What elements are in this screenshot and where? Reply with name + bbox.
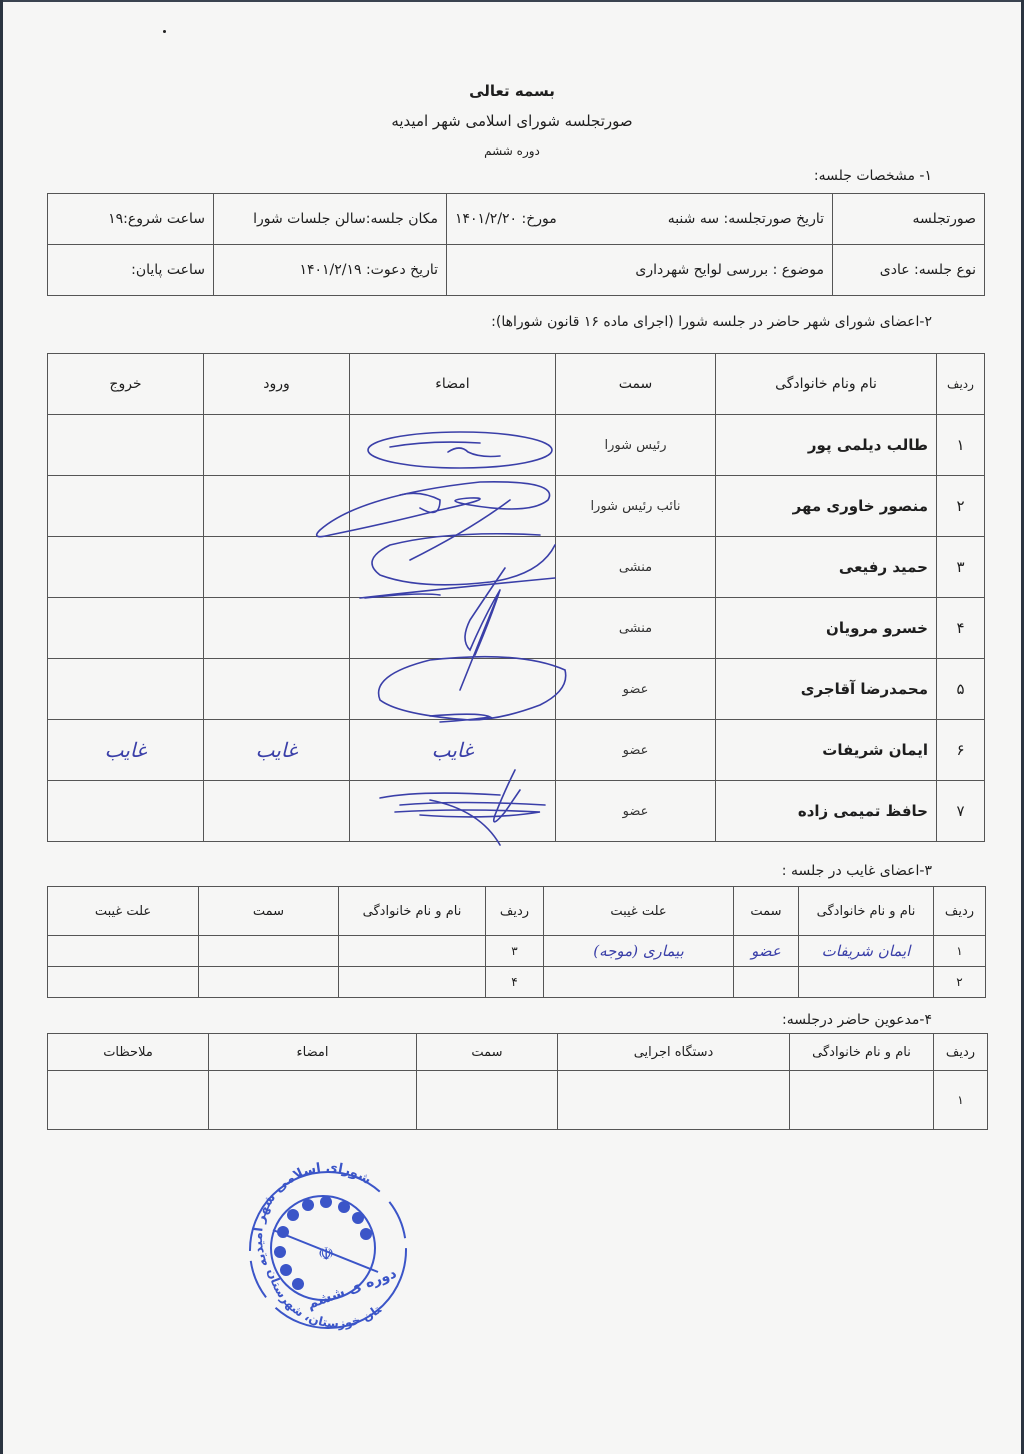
member-name: خسرو مرویان	[716, 598, 937, 659]
member-row: ۶ ایمان شریفات عضو غایب غایب غایب	[48, 720, 985, 781]
member-role: منشی	[556, 537, 716, 598]
member-role: رئیس شورا	[556, 415, 716, 476]
absent-members-header: ردیف نام و نام خانوادگی سمت علت غیبت ردی…	[48, 887, 986, 936]
session-type: نوع جلسه: عادی	[833, 245, 985, 296]
member-name: ایمان شریفات	[716, 720, 937, 781]
col-full-name: نام و نام خانوادگی	[790, 1034, 934, 1071]
member-entry	[204, 476, 350, 537]
member-name: منصور خاوری مهر	[716, 476, 937, 537]
member-row: ۱ طالب دیلمی پور رئیس شورا	[48, 415, 985, 476]
member-name: حافظ تمیمی زاده	[716, 781, 937, 842]
absent-index-2: ۴	[486, 967, 544, 998]
absent-index-2: ۳	[486, 936, 544, 967]
member-index: ۴	[937, 598, 985, 659]
member-exit	[48, 415, 204, 476]
absent-reason: بیماری (موجه)	[544, 936, 734, 967]
member-name: طالب دیلمی پور	[716, 415, 937, 476]
col-row-number: ردیف	[937, 354, 985, 415]
member-entry-absent: غایب	[204, 720, 350, 781]
member-signature	[350, 476, 556, 537]
invite-date: تاریخ دعوت: ۱۴۰۱/۲/۱۹	[214, 245, 447, 296]
member-role: عضو	[556, 781, 716, 842]
member-index: ۱	[937, 415, 985, 476]
col-row-number: ردیف	[934, 887, 986, 936]
member-index: ۵	[937, 659, 985, 720]
member-entry	[204, 537, 350, 598]
member-exit	[48, 781, 204, 842]
end-time: ساعت پایان:	[48, 245, 214, 296]
col-absence-reason-2: علت غیبت	[48, 887, 199, 936]
col-signature: امضاء	[350, 354, 556, 415]
minutes-weekday: تاریخ صورتجلسه: سه شنبه	[668, 211, 824, 227]
member-entry	[204, 415, 350, 476]
col-position: سمت	[556, 354, 716, 415]
absent-member-row: ۱ ایمان شریفات عضو بیماری (موجه) ۳	[48, 936, 986, 967]
header-bismillah: بسمه تعالی	[0, 82, 1024, 100]
member-index: ۳	[937, 537, 985, 598]
present-members-header: ردیف نام ونام خانوادگی سمت امضاء ورود خر…	[48, 354, 985, 415]
col-position: سمت	[417, 1034, 558, 1071]
member-index: ۶	[937, 720, 985, 781]
invited-guests-table: ردیف نام و نام خانوادگی دستگاه اجرایی سم…	[47, 1033, 988, 1130]
meeting-place: مکان جلسه:سالن جلسات شورا	[214, 194, 447, 245]
member-row: ۴ خسرو مرویان منشی	[48, 598, 985, 659]
col-exit: خروج	[48, 354, 204, 415]
absent-member-row: ۲ ۴	[48, 967, 986, 998]
speck	[163, 30, 166, 33]
absent-name: ایمان شریفات	[799, 936, 934, 967]
col-full-name: نام و نام خانوادگی	[799, 887, 934, 936]
absent-name-2	[339, 936, 486, 967]
absent-reason-2	[48, 967, 199, 998]
minutes-label: صورتجلسه	[833, 194, 985, 245]
member-signature	[350, 598, 556, 659]
col-row-number-2: ردیف	[486, 887, 544, 936]
start-time: ساعت شروع:۱۹	[48, 194, 214, 245]
absent-members-table: ردیف نام و نام خانوادگی سمت علت غیبت ردی…	[47, 886, 986, 998]
member-entry	[204, 598, 350, 659]
col-row-number: ردیف	[934, 1034, 988, 1071]
document-title: صورتجلسه شورای اسلامی شهر امیدیه	[0, 112, 1024, 130]
guest-name	[790, 1071, 934, 1130]
member-index: ۲	[937, 476, 985, 537]
scan-edge-top	[0, 0, 1024, 2]
section1-title: ۱- مشخصات جلسه:	[814, 168, 932, 184]
member-exit	[48, 476, 204, 537]
member-row: ۷ حافظ تمیمی زاده عضو	[48, 781, 985, 842]
member-exit	[48, 598, 204, 659]
document-page: بسمه تعالی صورتجلسه شورای اسلامی شهر امی…	[0, 0, 1024, 1454]
scan-edge-left	[0, 0, 3, 1454]
absent-index: ۲	[934, 967, 986, 998]
section4-title: ۴-مدعوین حاضر درجلسه:	[782, 1012, 932, 1028]
col-full-name: نام ونام خانوادگی	[716, 354, 937, 415]
guest-organization	[558, 1071, 790, 1130]
member-name: محمدرضا آقاجری	[716, 659, 937, 720]
member-signature	[350, 781, 556, 842]
member-entry	[204, 781, 350, 842]
absent-role: عضو	[734, 936, 799, 967]
col-position-2: سمت	[199, 887, 339, 936]
member-role: نائب رئیس شورا	[556, 476, 716, 537]
guest-signature	[209, 1071, 417, 1130]
stamp-center-text: دوره ی ششم	[305, 1265, 399, 1312]
col-notes: ملاحظات	[48, 1034, 209, 1071]
member-role: عضو	[556, 720, 716, 781]
member-row: ۲ منصور خاوری مهر نائب رئیس شورا	[48, 476, 985, 537]
member-role: منشی	[556, 598, 716, 659]
member-role: عضو	[556, 659, 716, 720]
member-exit	[48, 659, 204, 720]
absent-reason	[544, 967, 734, 998]
council-seal-stamp: ☫ شورای اسلامی شهر امیدیه دوره ی ششم است…	[238, 1160, 418, 1335]
member-index: ۷	[937, 781, 985, 842]
guest-notes	[48, 1071, 209, 1130]
member-row: ۵ محمدرضا آقاجری عضو	[48, 659, 985, 720]
member-signature	[350, 537, 556, 598]
minutes-date: مورخ: ۱۴۰۱/۲/۲۰	[455, 211, 557, 227]
guest-row: ۱	[48, 1071, 988, 1130]
guest-role	[417, 1071, 558, 1130]
session-details-row-1: صورتجلسه تاریخ صورتجلسه: سه شنبه مورخ: ۱…	[48, 194, 985, 245]
col-signature: امضاء	[209, 1034, 417, 1071]
member-exit-absent: غایب	[48, 720, 204, 781]
member-name: حمید رفیعی	[716, 537, 937, 598]
member-entry	[204, 659, 350, 720]
present-members-table: ردیف نام ونام خانوادگی سمت امضاء ورود خر…	[47, 353, 985, 842]
absent-role	[734, 967, 799, 998]
session-details-row-2: نوع جلسه: عادی موضوع : بررسی لوایح شهردا…	[48, 245, 985, 296]
section3-title: ۳-اعضای غایب در جلسه :	[782, 863, 932, 879]
invited-guests-header: ردیف نام و نام خانوادگی دستگاه اجرایی سم…	[48, 1034, 988, 1071]
col-full-name-2: نام و نام خانوادگی	[339, 887, 486, 936]
session-details-table: صورتجلسه تاریخ صورتجلسه: سه شنبه مورخ: ۱…	[47, 193, 985, 296]
absent-name	[799, 967, 934, 998]
col-absence-reason: علت غیبت	[544, 887, 734, 936]
absent-name-2	[339, 967, 486, 998]
member-signature	[350, 659, 556, 720]
col-organization: دستگاه اجرایی	[558, 1034, 790, 1071]
council-term: دوره ششم	[0, 144, 1024, 158]
absent-reason-2	[48, 936, 199, 967]
session-subject: موضوع : بررسی لوایح شهرداری	[447, 245, 833, 296]
absent-role-2	[199, 936, 339, 967]
col-entry: ورود	[204, 354, 350, 415]
section2-title: ۲-اعضای شورای شهر حاضر در جلسه شورا (اجر…	[491, 314, 932, 330]
member-row: ۳ حمید رفیعی منشی	[48, 537, 985, 598]
minutes-date-cell: تاریخ صورتجلسه: سه شنبه مورخ: ۱۴۰۱/۲/۲۰	[447, 194, 833, 245]
member-signature	[350, 415, 556, 476]
member-exit	[48, 537, 204, 598]
col-position: سمت	[734, 887, 799, 936]
guest-index: ۱	[934, 1071, 988, 1130]
absent-index: ۱	[934, 936, 986, 967]
absent-role-2	[199, 967, 339, 998]
member-signature-absent: غایب	[350, 720, 556, 781]
emblem-icon: ☫	[318, 1244, 334, 1265]
